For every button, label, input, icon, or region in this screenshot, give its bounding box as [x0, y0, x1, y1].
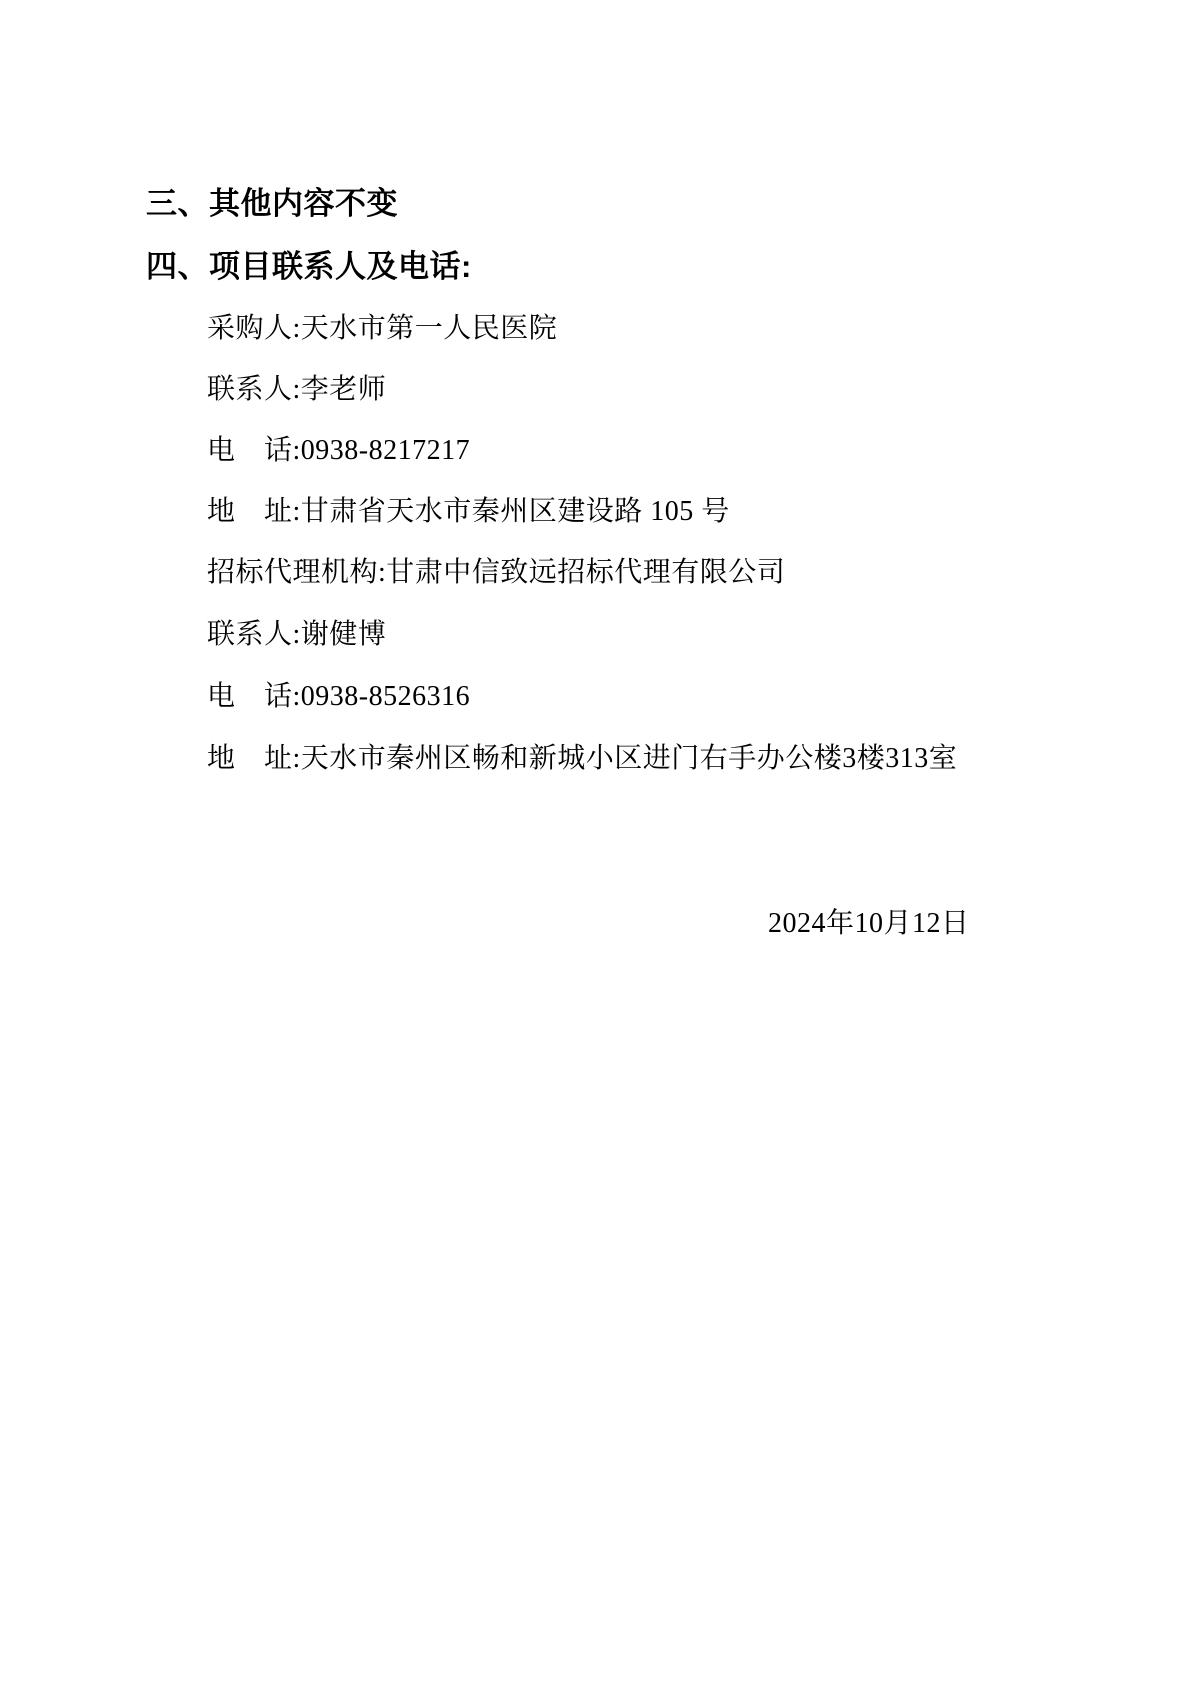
line-agency-contact-person: 联系人:谢健博: [207, 619, 386, 651]
line-purchaser-address: 地 址:甘肃省天水市秦州区建设路 105 号: [207, 496, 730, 528]
line-purchaser-phone: 电 话:0938-8217217: [207, 435, 470, 467]
section-heading-other-content-unchanged: 三、其他内容不变: [146, 186, 398, 222]
line-agency-address: 地 址:天水市秦州区畅和新城小区进门右手办公楼3楼313室: [207, 743, 957, 775]
line-agency-name: 招标代理机构:甘肃中信致远招标代理有限公司: [207, 557, 785, 589]
line-agency-phone: 电 话:0938-8526316: [207, 681, 470, 713]
line-purchaser-contact-person: 联系人:李老师: [207, 374, 386, 406]
document-page: 三、其他内容不变 四、项目联系人及电话: 采购人:天水市第一人民医院 联系人:李…: [0, 0, 1191, 1684]
document-date: 2024年10月12日: [768, 908, 970, 940]
section-heading-project-contacts: 四、项目联系人及电话:: [146, 249, 472, 285]
line-purchaser-name: 采购人:天水市第一人民医院: [207, 313, 557, 345]
